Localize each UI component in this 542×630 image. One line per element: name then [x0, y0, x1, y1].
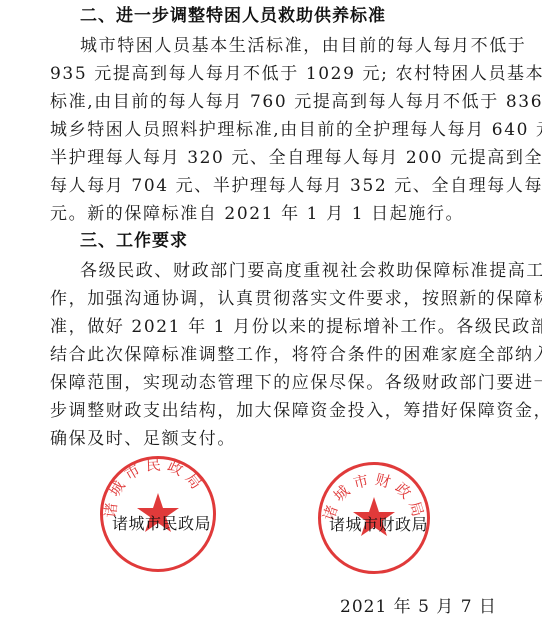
paragraph-line: 准，做好 2021 年 1 月份以来的提标增补工作。各级民政部门要: [50, 317, 464, 337]
document-date: 2021 年 5 月 7 日: [340, 592, 497, 617]
paragraph-line: 元。新的保障标准自 2021 年 1 月 1 日起施行。: [50, 204, 464, 224]
paragraph-line: 每人每月 704 元、半护理每人每月 352 元、全自理每人每月 220: [50, 176, 464, 196]
paragraph-line: 确保及时、足额支付。: [50, 429, 464, 449]
document-page: 二、进一步调整特困人员救助供养标准 城市特困人员基本生活标准，由目前的每人每月不…: [0, 0, 542, 630]
paragraph-line: 935 元提高到每人每月不低于 1029 元; 农村特困人员基本生活: [50, 64, 464, 84]
paragraph-line: 半护理每人每月 320 元、全自理每人每月 200 元提高到全护理: [50, 148, 464, 168]
paragraph-line: 各级民政、财政部门要高度重视社会救助保障标准提高工: [80, 261, 464, 281]
paragraph-line: 城乡特困人员照料护理标准,由目前的全护理每人每月 640 元、: [50, 120, 464, 140]
paragraph-line: 作，加强沟通协调，认真贯彻落实文件要求，按照新的保障标: [50, 289, 464, 309]
paragraph-line: 保障范围，实现动态管理下的应保尽保。各级财政部门要进一: [50, 373, 464, 393]
paragraph-line: 城市特困人员基本生活标准，由目前的每人每月不低于: [80, 36, 464, 56]
paragraph-line: 标准,由目前的每人每月 760 元提高到每人每月不低于 836 元。: [50, 92, 464, 112]
paragraph-line: 步调整财政支出结构，加大保障资金投入，筹措好保障资金，: [50, 401, 464, 421]
section-heading-2: 二、进一步调整特困人员救助供养标准: [80, 6, 386, 26]
seal-label: 诸城市民政局: [112, 511, 211, 534]
paragraph-line: 结合此次保障标准调整工作，将符合条件的困难家庭全部纳入: [50, 345, 464, 365]
seal-label: 诸城市财政局: [329, 512, 428, 535]
section-heading-3: 三、工作要求: [80, 231, 188, 251]
